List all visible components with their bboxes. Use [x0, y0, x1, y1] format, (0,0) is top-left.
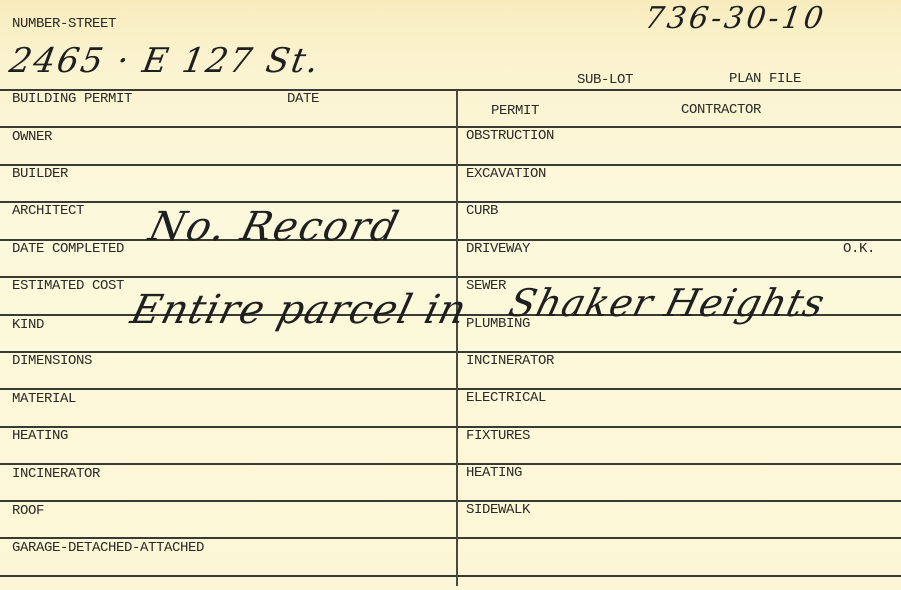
building-permit-card: NUMBER-STREET 2465 · E 127 St. 736-30-10… [0, 0, 901, 590]
rule-line [0, 351, 901, 353]
number-street-value: 2465 · E 127 St. [7, 44, 323, 78]
permit-label-electrical: ELECTRICAL [466, 390, 546, 406]
rule-line [0, 276, 901, 278]
rule-line [0, 388, 901, 390]
field-label-incinerator: INCINERATOR [12, 466, 100, 482]
permit-label-heating: HEATING [466, 465, 522, 481]
permit-label-obstruction: OBSTRUCTION [466, 128, 554, 144]
rule-line [0, 537, 901, 539]
field-label-garage: GARAGE-DETACHED-ATTACHED [12, 540, 204, 556]
field-label-date: DATE [287, 91, 319, 107]
rule-line [0, 89, 901, 91]
permit-label-sidewalk: SIDEWALK [466, 502, 530, 518]
field-label-builder: BUILDER [12, 166, 68, 182]
permit-label-excavation: EXCAVATION [466, 166, 546, 182]
permit-column-header: PERMIT [491, 103, 539, 119]
plumbing-value: Shaker Heights [505, 284, 829, 322]
rule-line [0, 239, 901, 241]
field-label-roof: ROOF [12, 503, 44, 519]
field-label-kind: KIND [12, 317, 44, 333]
card-number: 736-30-10 [643, 4, 828, 34]
rule-line [0, 426, 901, 428]
rule-line [0, 500, 901, 502]
field-label-estimated-cost: ESTIMATED COST [12, 278, 124, 294]
sub-lot-label: SUB-LOT [577, 72, 633, 88]
date-completed-value: No. Record [145, 207, 404, 247]
rule-line [0, 201, 901, 203]
field-label-owner: OWNER [12, 129, 52, 145]
permit-label-sewer: SEWER [466, 278, 506, 294]
column-divider [456, 90, 458, 586]
rule-line [0, 126, 901, 128]
number-street-label: NUMBER-STREET [12, 16, 116, 32]
permit-label-incinerator: INCINERATOR [466, 353, 554, 369]
field-label-building-permit: BUILDING PERMIT [12, 91, 132, 107]
rule-line [0, 463, 901, 465]
permit-label-curb: CURB [466, 203, 498, 219]
plan-file-label: PLAN FILE [729, 71, 801, 87]
permit-label-fixtures: FIXTURES [466, 428, 530, 444]
permit-label-driveway: DRIVEWAY [466, 241, 530, 257]
rule-line [0, 164, 901, 166]
kind-value: Entire parcel in [127, 290, 471, 330]
field-label-date-completed: DATE COMPLETED [12, 241, 124, 257]
contractor-column-header: CONTRACTOR [681, 102, 761, 118]
field-label-dimensions: DIMENSIONS [12, 353, 92, 369]
driveway-status: O.K. [843, 241, 875, 257]
field-label-heating: HEATING [12, 428, 68, 444]
field-label-architect: ARCHITECT [12, 203, 84, 219]
field-label-material: MATERIAL [12, 391, 76, 407]
rule-line [0, 575, 901, 577]
